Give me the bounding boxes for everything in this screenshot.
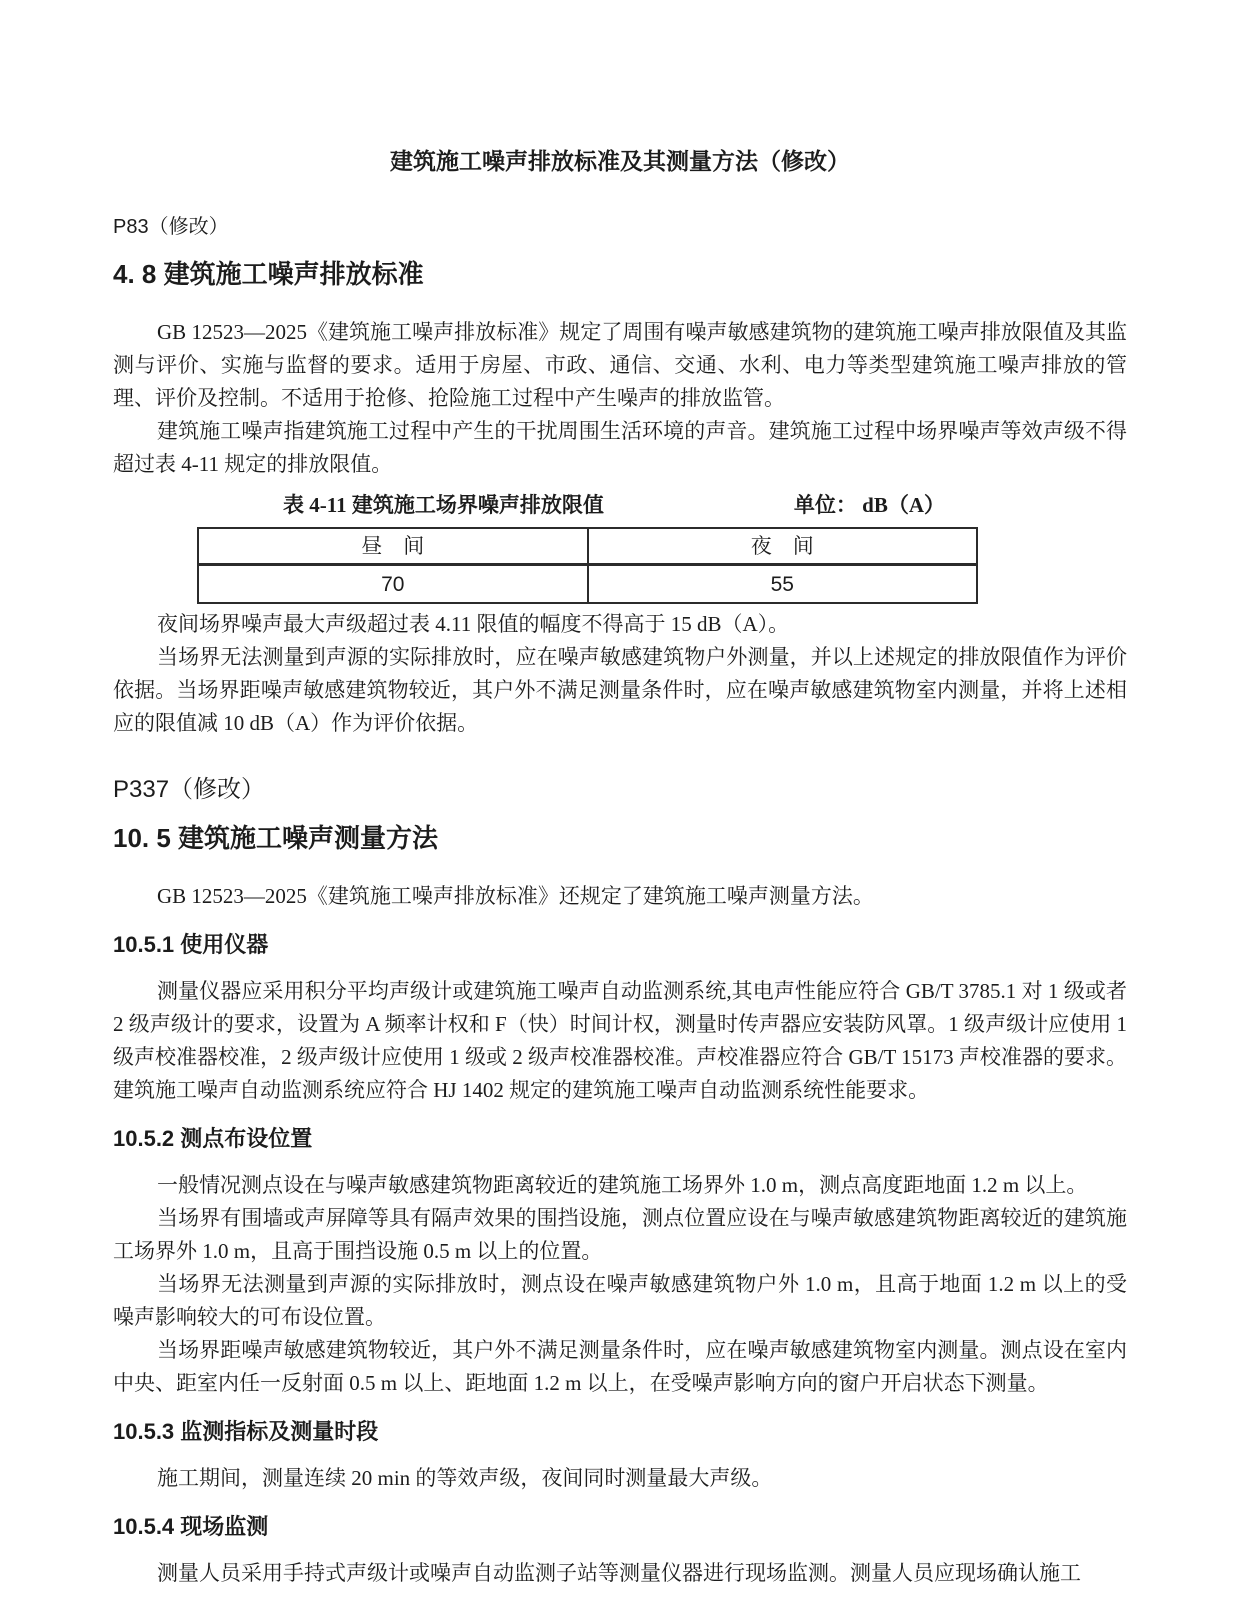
paragraph-instruments: 测量仪器应采用积分平均声级计或建筑施工噪声自动监测系统,其电声性能应符合 GB/… <box>113 975 1127 1107</box>
table-unit-label: 单位： dB（A） <box>794 489 945 521</box>
paragraph-point-barrier: 当场界有围墙或声屏障等具有隔声效果的围挡设施，测点位置应设在与噪声敏感建筑物距离… <box>113 1202 1127 1268</box>
table-caption: 表 4-11 建筑施工场界噪声排放限值 <box>283 489 604 521</box>
page-ref-p83: P83（修改） <box>113 212 1127 242</box>
paragraph-night-max: 夜间场界噪声最大声级超过表 4.11 限值的幅度不得高于 15 dB（A）。 <box>113 608 1127 641</box>
section-heading-10-5-2: 10.5.2 测点布设位置 <box>113 1124 1127 1154</box>
paragraph-definition: 建筑施工噪声指建筑施工过程中产生的干扰周围生活环境的声音。建筑施工过程中场界噪声… <box>113 415 1127 481</box>
paragraph-point-outdoor: 当场界无法测量到声源的实际排放时，测点设在噪声敏感建筑物户外 1.0 m，且高于… <box>113 1268 1127 1334</box>
table-header-day: 昼 间 <box>198 528 588 565</box>
section-heading-10-5-4: 10.5.4 现场监测 <box>113 1512 1127 1542</box>
paragraph-field-monitoring: 测量人员采用手持式声级计或噪声自动监测子站等测量仪器进行现场监测。测量人员应现场… <box>113 1557 1127 1590</box>
paragraph-10-5-intro: GB 12523—2025《建筑施工噪声排放标准》还规定了建筑施工噪声测量方法。 <box>113 880 1127 913</box>
paragraph-point-indoor: 当场界距噪声敏感建筑物较近，其户外不满足测量条件时，应在噪声敏感建筑物室内测量。… <box>113 1334 1127 1400</box>
table-value-row: 70 55 <box>198 565 977 604</box>
document-title: 建筑施工噪声排放标准及其测量方法（修改） <box>113 146 1127 176</box>
section-heading-10-5: 10. 5 建筑施工噪声测量方法 <box>113 820 1127 856</box>
table-value-night: 55 <box>588 565 978 604</box>
table-header-night: 夜 间 <box>588 528 978 565</box>
section-heading-10-5-3: 10.5.3 监测指标及测量时段 <box>113 1417 1127 1447</box>
section-heading-4-8: 4. 8 建筑施工噪声排放标准 <box>113 256 1127 292</box>
paragraph-indicators: 施工期间，测量连续 20 min 的等效声级，夜间同时测量最大声级。 <box>113 1462 1127 1495</box>
table-header-row: 昼 间 夜 间 <box>198 528 977 565</box>
table-value-day: 70 <box>198 565 588 604</box>
page-ref-p337: P337（修改） <box>113 774 1127 806</box>
paragraph-point-general: 一般情况测点设在与噪声敏感建筑物距离较近的建筑施工场界外 1.0 m，测点高度距… <box>113 1169 1127 1202</box>
document-page: 建筑施工噪声排放标准及其测量方法（修改） P83（修改） 4. 8 建筑施工噪声… <box>0 0 1240 1600</box>
paragraph-scope: GB 12523—2025《建筑施工噪声排放标准》规定了周围有噪声敏感建筑物的建… <box>113 316 1127 415</box>
table-caption-row: 表 4-11 建筑施工场界噪声排放限值 单位： dB（A） <box>283 489 945 521</box>
paragraph-evaluation-basis: 当场界无法测量到声源的实际排放时，应在噪声敏感建筑物户外测量，并以上述规定的排放… <box>113 641 1127 740</box>
section-heading-10-5-1: 10.5.1 使用仪器 <box>113 930 1127 960</box>
noise-limit-table: 昼 间 夜 间 70 55 <box>197 527 978 604</box>
